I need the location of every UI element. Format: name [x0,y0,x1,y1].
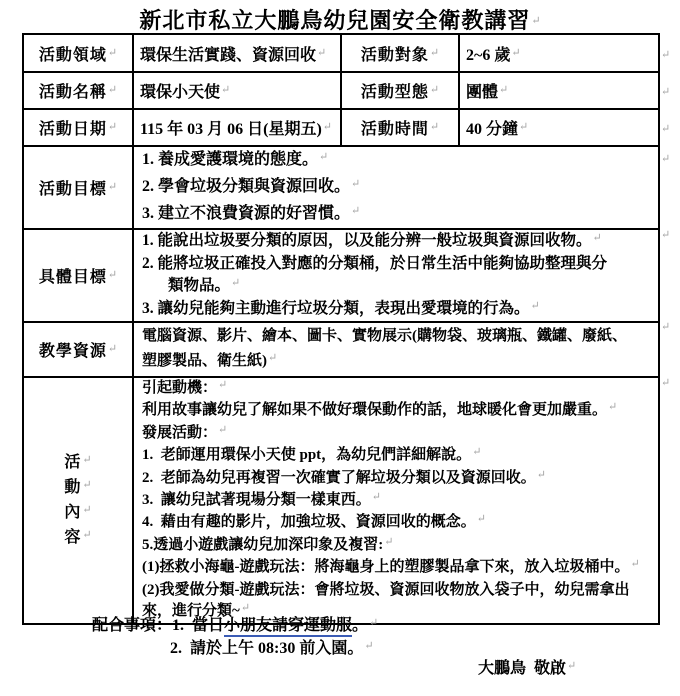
paragraph-mark: ↵ [430,47,439,59]
paragraph-mark: ↵ [82,454,91,466]
paragraph-mark: ↵ [519,121,528,133]
field-label-activity-duration: 活動時間↵ [341,109,459,146]
section-label-teaching-resources: 教學資源↵ [23,322,133,377]
specific-goal-line: 1. 能說出垃圾要分類的原因，以及能分辨一般垃圾與資源回收物。↵ [142,230,658,253]
content-line: 2. 老師為幼兒再複習一次確實了解垃圾分類以及資源回收。↵ [142,468,658,490]
specific-goal-text: 2. 能將垃圾正確投入對應的分類桶，於日常生活中能夠協助整理與分 [142,255,607,272]
resource-text: 塑膠製品、衛生紙) [142,353,267,369]
paragraph-mark: ↵ [477,513,486,525]
paragraph-mark: ↵ [108,47,117,59]
section-body-activity-content: 引起動機：↵ 利用故事讓幼兒了解如果不做好環保動作的話，地球暖化會更加嚴重。↵ … [133,377,659,624]
paragraph-mark: ↵ [317,47,326,59]
label-text: 活動名稱 [39,84,107,101]
field-value-activity-type: 團體↵ [459,72,659,109]
content-text: 5.透過小遊戲讓幼兒加深印象及複習: [142,537,383,553]
paragraph-mark: ↵ [82,529,91,541]
label-text: 活動日期 [39,121,107,138]
content-line: 3. 讓幼兒試著現場分類一樣東西。↵ [142,490,658,512]
row-end-mark: ↵ [661,320,670,333]
row-end-mark: ↵ [661,48,670,61]
paragraph-mark: ↵ [108,121,117,133]
section-label-activity-goals: 活動目標↵ [23,146,133,229]
paragraph-mark: ↵ [531,300,540,312]
vertical-char-text: 容 [64,529,81,546]
resource-line: 電腦資源、影片、繪本、圖卡、實物展示(購物袋、玻璃瓶、鐵罐、廢紙、 [142,324,658,349]
page-title-text: 新北市私立大鵬鳥幼兒園安全衛教講習 [139,8,530,33]
paragraph-mark: ↵ [567,660,576,672]
goal-line: 1. 養成愛護環境的態度。↵ [142,147,658,174]
value-text: 環保生活實踐、資源回收 [140,47,316,64]
content-text: 發展活動： [142,425,217,441]
specific-goal-text: 類物品。 [168,277,230,294]
signature: 大鵬鳥 敬啟↵ [478,655,576,678]
paragraph-mark: ↵ [511,47,520,59]
paragraph-mark: ↵ [323,121,332,133]
paragraph-mark: ↵ [108,181,117,193]
goal-line-text: 1. 養成愛護環境的態度。 [142,151,318,168]
value-text: 環保小天使 [140,84,220,101]
section-body-activity-goals: 1. 養成愛護環境的態度。↵ 2. 學會垃圾分類與資源回收。↵ 3. 建立不浪費… [133,146,659,229]
row-end-mark: ↵ [661,85,670,98]
paragraph-mark: ↵ [537,469,546,481]
lesson-plan-table: 活動領域↵ 環保生活實踐、資源回收↵ 活動對象↵ 2~6 歲↵ 活動名稱↵ 環保… [22,33,660,625]
row-end-mark: ↵ [661,376,670,389]
paragraph-mark: ↵ [430,121,439,133]
specific-goal-line: 2. 能將垃圾正確投入對應的分類桶，於日常生活中能夠協助整理與分 [142,253,658,275]
content-text: 引起動機： [142,380,217,396]
footer-note-text: 2. 請於上午 08:30 前入園。 [170,640,363,657]
field-value-activity-area: 環保生活實踐、資源回收↵ [133,34,341,72]
content-text: 3. 讓幼兒試著現場分類一樣東西。 [142,492,371,508]
vertical-label-char: 容↵ [24,526,132,551]
content-line: 發展活動：↵ [142,423,658,445]
paragraph-mark: ↵ [108,343,117,355]
paragraph-mark: ↵ [351,178,360,190]
content-text: 2. 老師為幼兒再複習一次確實了解垃圾分類以及資源回收。 [142,470,536,486]
goal-line-text: 2. 學會垃圾分類與資源回收。 [142,178,350,195]
value-text: 115 年 03 月 06 日(星期五) [140,121,322,138]
vertical-char-text: 內 [64,504,81,521]
footer-note-prefix: 配合事項：1. 當日 [92,617,224,634]
vertical-char-text: 動 [64,479,81,496]
resource-text: 電腦資源、影片、繪本、圖卡、實物展示(購物袋、玻璃瓶、鐵罐、廢紙、 [142,328,627,344]
paragraph-mark: ↵ [268,352,277,364]
paragraph-mark: ↵ [82,504,91,516]
paragraph-mark: ↵ [364,640,373,652]
page-title: 新北市私立大鵬鳥幼兒園安全衛教講習↵ [0,4,680,35]
field-value-activity-duration: 40 分鐘↵ [459,109,659,146]
field-label-activity-area: 活動領域↵ [23,34,133,72]
goal-line: 3. 建立不浪費資源的好習慣。↵ [142,201,658,228]
content-line: 1. 老師運用環保小天使 ppt，為幼兒們詳細解說。↵ [142,445,658,467]
value-text: 2~6 歲 [466,47,510,64]
specific-goal-line: 3. 讓幼兒能夠主動進行垃圾分類，表現出愛環境的行為。↵ [142,298,658,321]
label-text: 活動目標 [39,181,107,198]
field-value-activity-name: 環保小天使↵ [133,72,341,109]
paragraph-mark: ↵ [351,205,360,217]
field-value-activity-date: 115 年 03 月 06 日(星期五)↵ [133,109,341,146]
label-text: 教學資源 [39,343,107,360]
vertical-char-text: 活 [64,454,81,471]
field-label-target-audience: 活動對象↵ [341,34,459,72]
content-line: 4. 藉由有趣的影片，加強垃圾、資源回收的概念。↵ [142,512,658,534]
goal-line-text: 3. 建立不浪費資源的好習慣。 [142,205,350,222]
paragraph-mark: ↵ [369,617,378,629]
paragraph-mark: ↵ [218,379,227,391]
content-text: 4. 藉由有趣的影片，加強垃圾、資源回收的概念。 [142,514,476,530]
section-label-specific-goals: 具體目標↵ [23,229,133,322]
vertical-label-char: 活↵ [24,451,132,476]
paragraph-mark: ↵ [319,151,328,163]
vertical-label-char: 內↵ [24,501,132,526]
label-text: 活動型態 [361,84,429,101]
footer-note-2: 2. 請於上午 08:30 前入園。↵ [170,635,374,658]
row-end-mark: ↵ [661,228,670,241]
paragraph-mark: ↵ [631,558,640,570]
paragraph-mark: ↵ [499,84,508,96]
label-text: 活動時間 [361,121,429,138]
content-text: 利用故事讓幼兒了解如果不做好環保動作的話，地球暖化會更加嚴重。 [142,402,607,418]
paragraph-mark: ↵ [108,269,117,281]
section-body-teaching-resources: 電腦資源、影片、繪本、圖卡、實物展示(購物袋、玻璃瓶、鐵罐、廢紙、 塑膠製品、衛… [133,322,659,377]
content-line: (1)拯救小海龜-遊戲玩法：將海龜身上的塑膠製品拿下來，放入垃圾桶中。↵ [142,557,658,579]
resource-line: 塑膠製品、衛生紙)↵ [142,349,658,375]
paragraph-mark: ↵ [82,479,91,491]
field-value-target-audience: 2~6 歲↵ [459,34,659,72]
content-line: 5.透過小遊戲讓幼兒加深印象及複習:↵ [142,535,658,557]
paragraph-mark: ↵ [218,424,227,436]
paragraph-mark: ↵ [593,232,602,244]
row-end-mark: ↵ [661,152,670,165]
section-body-specific-goals: 1. 能說出垃圾要分類的原因，以及能分辨一般垃圾與資源回收物。↵ 2. 能將垃圾… [133,229,659,322]
row-end-mark: ↵ [661,122,670,135]
label-text: 具體目標 [39,269,107,286]
paragraph-mark: ↵ [430,84,439,96]
paragraph-mark: ↵ [384,536,393,548]
footer-note-1: 配合事項：1. 當日小朋友請穿運動服。↵ [92,612,378,635]
content-text: (1)拯救小海龜-遊戲玩法：將海龜身上的塑膠製品拿下來，放入垃圾桶中。 [142,559,630,575]
content-line: 引起動機：↵ [142,378,658,400]
field-label-activity-date: 活動日期↵ [23,109,133,146]
vertical-label-char: 動↵ [24,476,132,501]
footer-underlined-text: 小朋友請穿運動服 [224,617,352,637]
value-text: 40 分鐘 [466,121,518,138]
paragraph-mark: ↵ [221,84,230,96]
specific-goal-line-wrap: 類物品。↵ [142,275,658,298]
content-line: 利用故事讓幼兒了解如果不做好環保動作的話，地球暖化會更加嚴重。↵ [142,400,658,422]
paragraph-mark: ↵ [608,401,617,413]
signature-text: 大鵬鳥 敬啟 [478,660,566,677]
field-label-activity-type: 活動型態↵ [341,72,459,109]
document-page: 新北市私立大鵬鳥幼兒園安全衛教講習↵ 活動領域↵ 環保生活實踐、資源回收↵ 活動… [0,0,680,696]
paragraph-mark: ↵ [108,84,117,96]
field-label-activity-name: 活動名稱↵ [23,72,133,109]
content-text: 1. 老師運用環保小天使 ppt，為幼兒們詳細解說。 [142,447,471,463]
paragraph-mark: ↵ [472,446,481,458]
value-text: 團體 [466,84,498,101]
footer-note-suffix: 。 [352,617,368,634]
paragraph-mark: ↵ [531,15,540,27]
specific-goal-text: 3. 讓幼兒能夠主動進行垃圾分類，表現出愛環境的行為。 [142,300,530,317]
goal-line: 2. 學會垃圾分類與資源回收。↵ [142,174,658,201]
label-text: 活動對象 [361,47,429,64]
paragraph-mark: ↵ [231,277,240,289]
label-text: 活動領域 [39,47,107,64]
content-text: (2)我愛做分類-遊戲玩法：會將垃圾、資源回收物放入袋子中，幼兒需拿出 [142,582,630,598]
section-label-activity-content: 活↵ 動↵ 內↵ 容↵ [23,377,133,624]
specific-goal-text: 1. 能說出垃圾要分類的原因，以及能分辨一般垃圾與資源回收物。 [142,232,592,249]
content-line: (2)我愛做分類-遊戲玩法：會將垃圾、資源回收物放入袋子中，幼兒需拿出 [142,580,658,601]
paragraph-mark: ↵ [372,491,381,503]
